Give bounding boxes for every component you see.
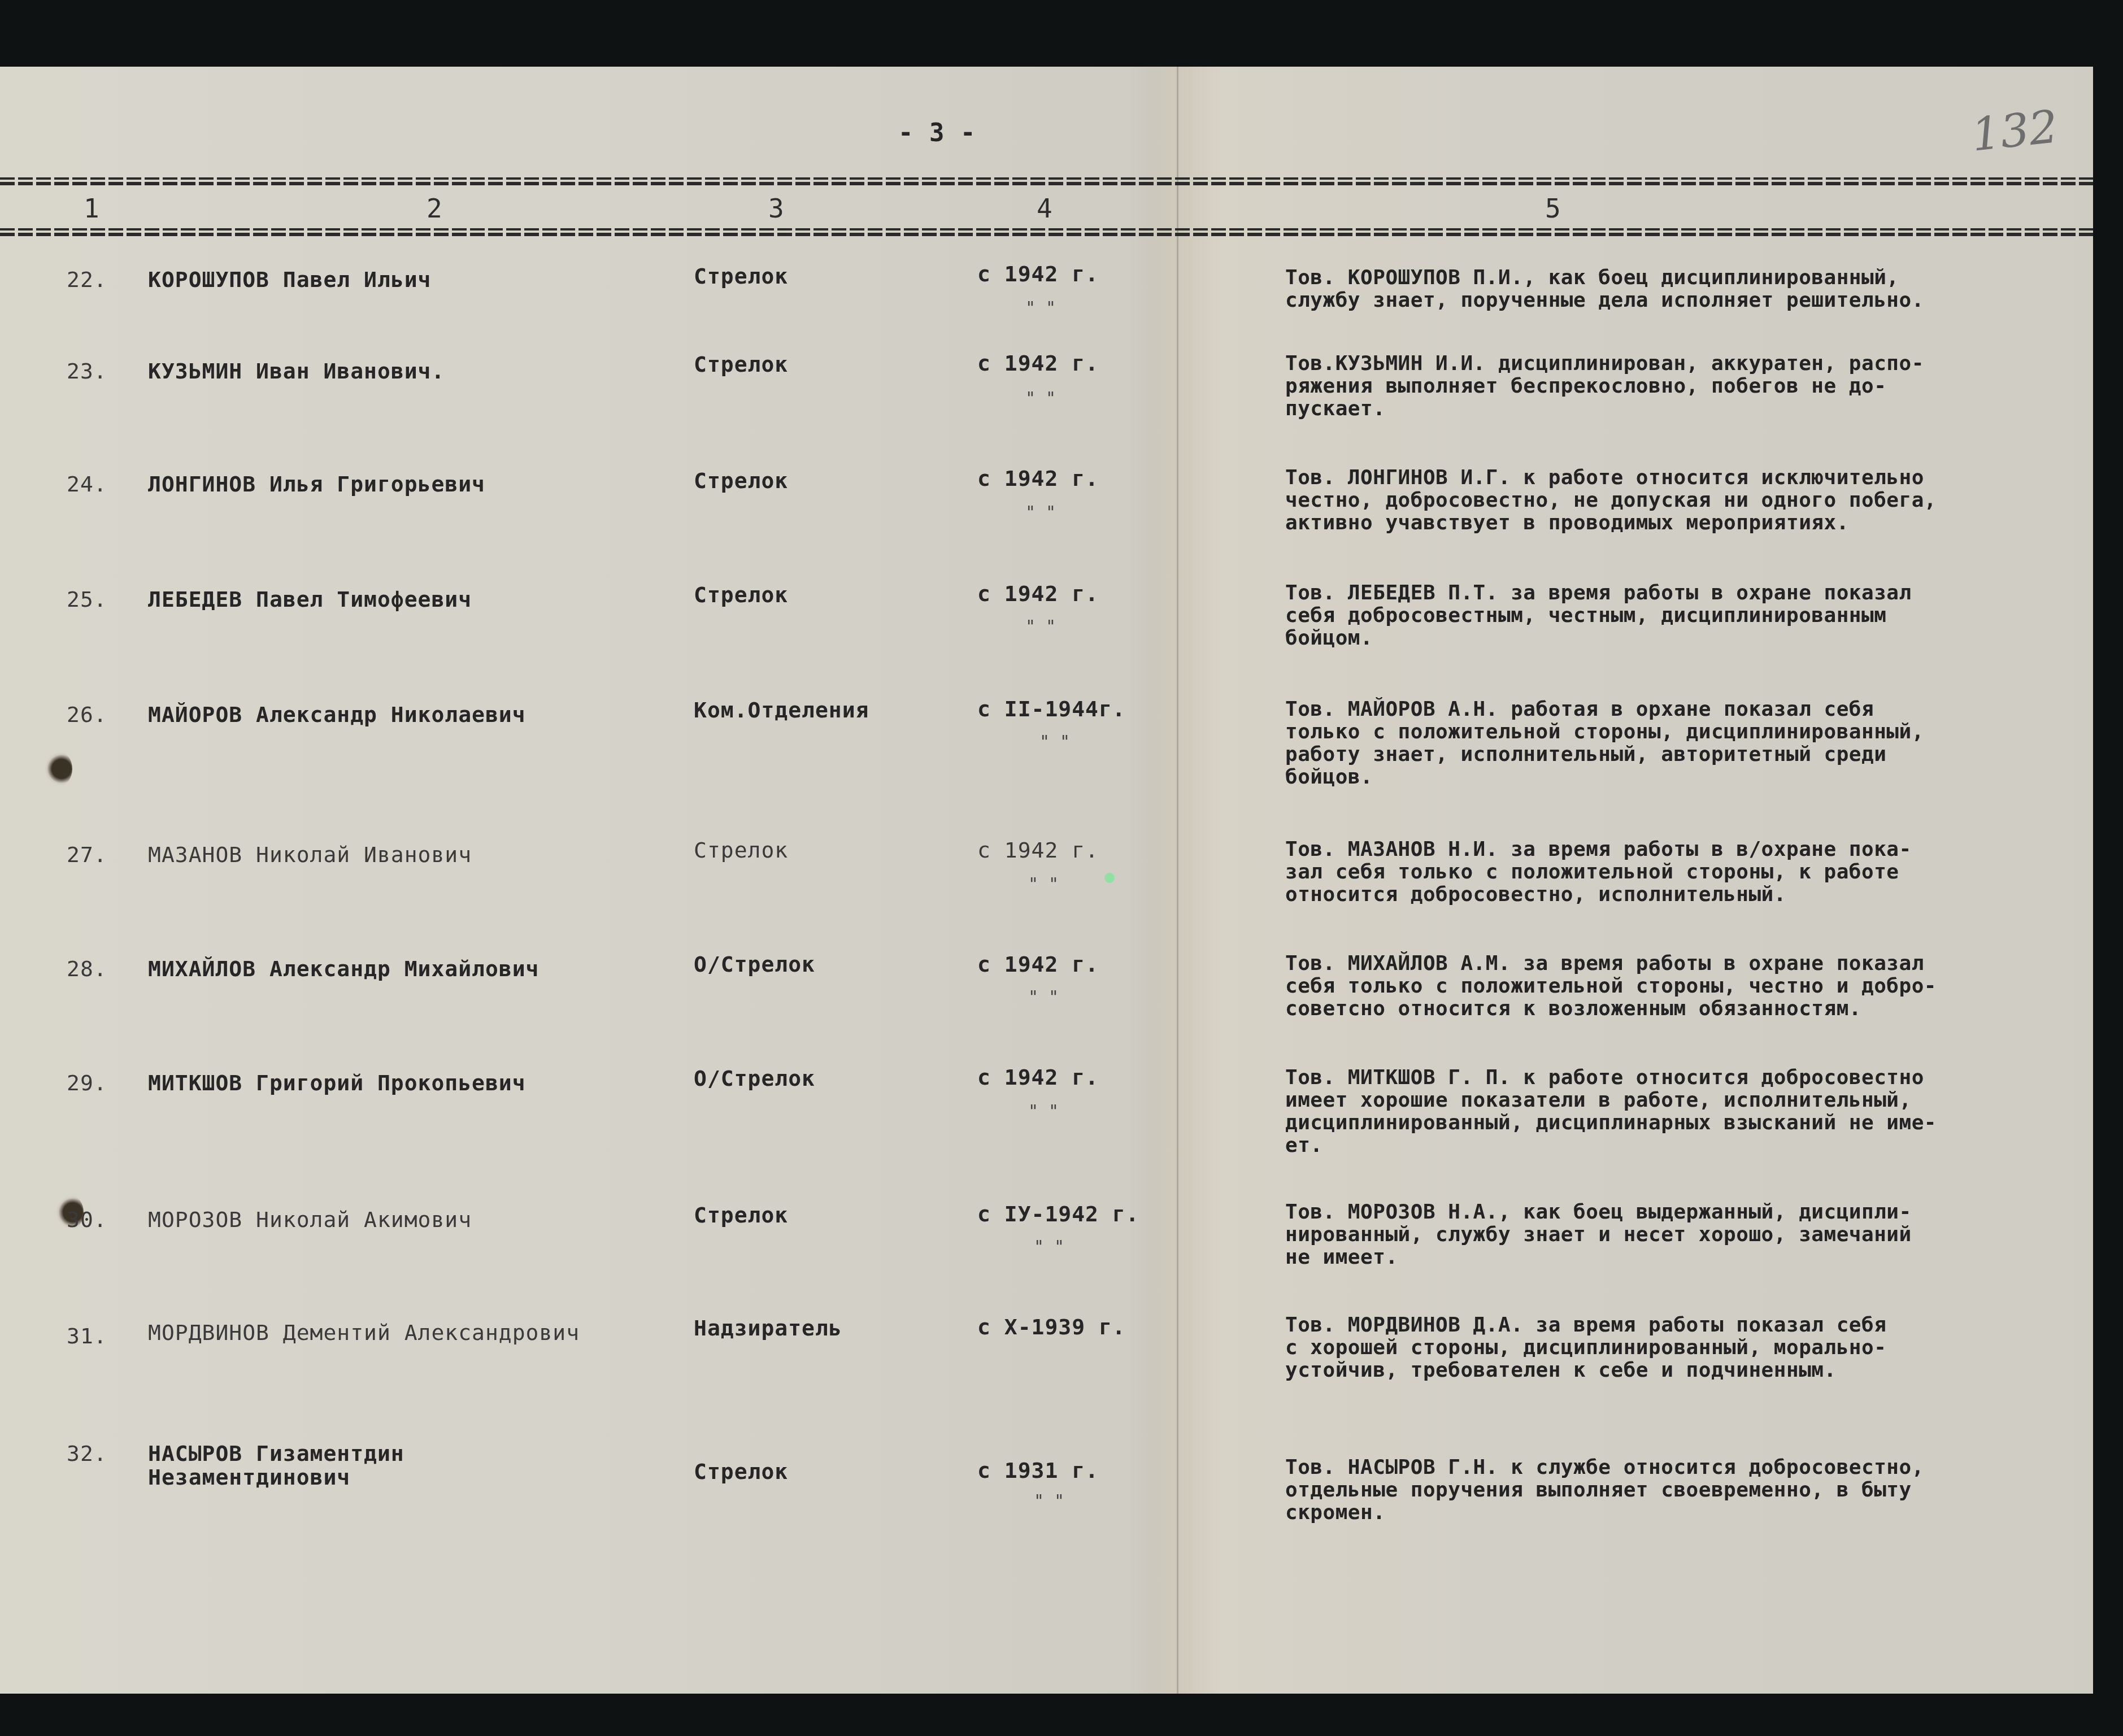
characteristic: Тов. МОРДВИНОВ Д.А. за время работы пока… [1285, 1314, 2087, 1382]
position: Стрелок [694, 469, 788, 493]
service-since: с 1942 г. [977, 467, 1099, 490]
characteristic: Тов. МАЗАНОВ Н.И. за время работы в в/ох… [1285, 838, 2087, 906]
characteristic: Тов. МИТКШОВ Г. П. к работе относится до… [1285, 1067, 2087, 1157]
person-name: ЛОНГИНОВ Илья Григорьевич [148, 472, 485, 496]
position: Ком.Отделения [694, 698, 869, 722]
punch-hole [45, 751, 72, 786]
position: О/Стрелок [694, 952, 815, 976]
service-since: с 1931 г. [977, 1459, 1099, 1482]
person-name: МИТКШОВ Григорий Прокопьевич [148, 1071, 526, 1095]
row-number: 28. [67, 957, 107, 981]
position: Стрелок [694, 353, 788, 376]
stray-mark [1104, 873, 1115, 883]
service-since: с 1942 г. [977, 838, 1099, 862]
row-number: 32. [67, 1442, 107, 1465]
row-number: 30. [67, 1208, 107, 1232]
page-fold [1177, 67, 1178, 1694]
position: Стрелок [694, 583, 788, 607]
characteristic: Тов. МОРОЗОВ Н.А., как боец выдержанный,… [1285, 1201, 2087, 1269]
person-name: ЛЕБЕДЕВ Павел Тимофеевич [148, 588, 472, 611]
header-bottom-rule [0, 228, 2093, 236]
ditto-mark: " " [1025, 389, 1056, 408]
position: Стрелок [694, 1460, 788, 1483]
service-since: с II-1944г. [977, 697, 1126, 721]
ditto-mark: " " [1025, 617, 1056, 637]
person-name: МОРОЗОВ Николай Акимович [148, 1208, 472, 1232]
characteristic: Тов. КОРОШУПОВ П.И., как боец дисциплини… [1285, 267, 2087, 312]
characteristic: Тов.КУЗЬМИН И.И. дисциплинирован, аккура… [1285, 353, 2087, 420]
position: Стрелок [694, 1203, 788, 1227]
service-since: с 1942 г. [977, 1065, 1099, 1089]
handwritten-folio-number: 132 [1969, 100, 2061, 161]
service-since: с 1942 г. [977, 952, 1099, 976]
column-header-3: 3 [768, 193, 784, 224]
page-fold-shadow [1130, 67, 1220, 1694]
row-number: 27. [67, 843, 107, 867]
person-name: МОРДВИНОВ Дементий Александрович [148, 1321, 580, 1345]
service-since: с IУ-1942 г. [977, 1202, 1139, 1226]
position: Стрелок [694, 264, 788, 288]
header-top-rule [0, 177, 2093, 185]
row-number: 24. [67, 472, 107, 496]
position: О/Стрелок [694, 1067, 815, 1090]
service-since: с 1942 г. [977, 582, 1099, 606]
row-number: 25. [67, 588, 107, 611]
service-since: с Х-1939 г. [977, 1315, 1126, 1339]
ditto-mark: " " [1025, 298, 1056, 318]
person-name: НАСЫРОВ Гизаментдин Незаментдинович [148, 1442, 404, 1489]
person-name: МИХАЙЛОВ Александр Михайлович [148, 957, 539, 981]
characteristic: Тов. МАЙОРОВ А.Н. работая в орхане показ… [1285, 698, 2087, 789]
ditto-mark: " " [1028, 987, 1059, 1007]
column-header-1: 1 [84, 193, 99, 224]
row-number: 22. [67, 268, 107, 291]
person-name: МАЙОРОВ Александр Николаевич [148, 703, 526, 726]
column-header-5: 5 [1545, 193, 1561, 224]
position: Надзиратель [694, 1316, 842, 1340]
row-number: 26. [67, 703, 107, 726]
column-header-2: 2 [427, 193, 442, 224]
ditto-mark: " " [1034, 1491, 1064, 1511]
characteristic: Тов. МИХАЙЛОВ А.М. за время работы в охр… [1285, 952, 2087, 1020]
ditto-mark: " " [1025, 503, 1056, 523]
person-name: КОРОШУПОВ Павел Ильич [148, 268, 431, 291]
ditto-mark: " " [1039, 732, 1070, 752]
characteristic: Тов. ЛЕБЕДЕВ П.Т. за время работы в охра… [1285, 582, 2087, 650]
column-header-4: 4 [1037, 193, 1052, 224]
row-number: 29. [67, 1071, 107, 1095]
ditto-mark: " " [1028, 874, 1059, 894]
service-since: с 1942 г. [977, 351, 1099, 375]
ditto-mark: " " [1028, 1102, 1059, 1121]
page-number: - 3 - [898, 121, 976, 145]
person-name: КУЗЬМИН Иван Иванович. [148, 359, 445, 383]
service-since: с 1942 г. [977, 262, 1099, 286]
row-number: 31. [67, 1324, 107, 1348]
position: Стрелок [694, 838, 788, 862]
row-number: 23. [67, 359, 107, 383]
characteristic: Тов. НАСЫРОВ Г.Н. к службе относится доб… [1285, 1456, 2087, 1524]
ditto-mark: " " [1034, 1237, 1064, 1257]
characteristic: Тов. ЛОНГИНОВ И.Г. к работе относится ис… [1285, 467, 2087, 534]
person-name: МАЗАНОВ Николай Иванович [148, 843, 472, 867]
